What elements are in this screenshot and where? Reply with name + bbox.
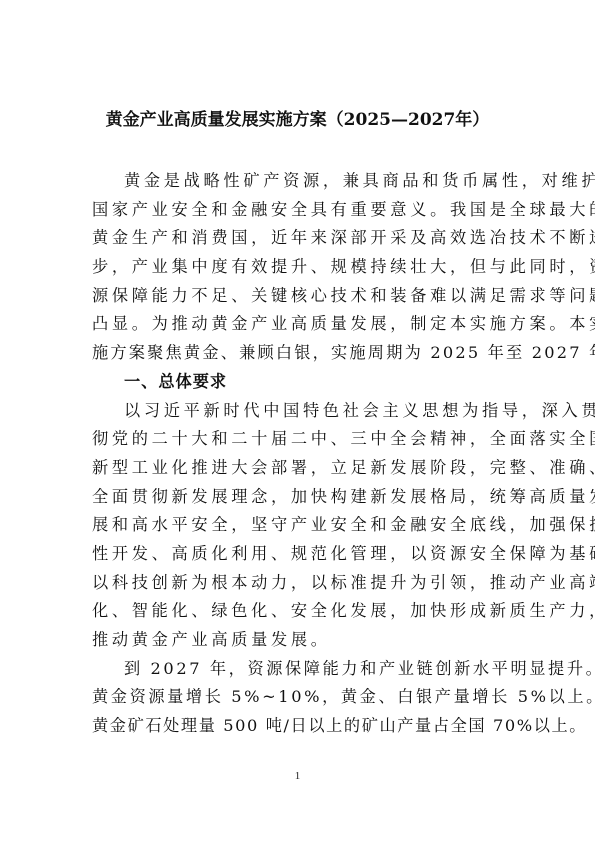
text-line: 源保障能力不足、关键核心技术和装备难以满足需求等问题 <box>92 282 504 311</box>
text-line: 到 2027 年，资源保障能力和产业链创新水平明显提升。 <box>92 655 504 684</box>
page-number: 1 <box>0 770 595 782</box>
text-line: 彻党的二十大和二十届二中、三中全会精神，全面落实全国 <box>92 425 504 454</box>
text-line: 展和高水平安全，坚守产业安全和金融安全底线，加强保护 <box>92 511 504 540</box>
paragraph-intro: 黄金是战略性矿产资源，兼具商品和货币属性，对维护 国家产业安全和金融安全具有重要… <box>92 167 504 368</box>
text-line: 以习近平新时代中国特色社会主义思想为指导，深入贯 <box>92 397 504 426</box>
text-line: 以科技创新为根本动力，以标准提升为引领，推动产业高端 <box>92 569 504 598</box>
text-line: 凸显。为推动黄金产业高质量发展，制定本实施方案。本实 <box>92 310 504 339</box>
text-line: 施方案聚焦黄金、兼顾白银，实施周期为 2025 年至 2027 年。 <box>92 339 504 368</box>
text-line: 化、智能化、绿色化、安全化发展，加快形成新质生产力， <box>92 597 504 626</box>
text-line: 黄金生产和消费国，近年来深部开采及高效选冶技术不断进 <box>92 224 504 253</box>
document-body: 黄金是战略性矿产资源，兼具商品和货币属性，对维护 国家产业安全和金融安全具有重要… <box>92 167 504 741</box>
text-line: 全面贯彻新发展理念，加快构建新发展格局，统筹高质量发 <box>92 483 504 512</box>
text-line: 黄金是战略性矿产资源，兼具商品和货币属性，对维护 <box>92 167 504 196</box>
text-line: 推动黄金产业高质量发展。 <box>92 626 504 655</box>
text-line: 国家产业安全和金融安全具有重要意义。我国是全球最大的 <box>92 196 504 225</box>
text-line: 黄金资源量增长 5%~10%，黄金、白银产量增长 5%以上。 <box>92 683 504 712</box>
section-heading: 一、总体要求 <box>92 368 504 397</box>
document-page: 黄金产业高质量发展实施方案（2025—2027年） 黄金是战略性矿产资源，兼具商… <box>0 0 595 841</box>
text-line: 性开发、高质化利用、规范化管理，以资源安全保障为基础， <box>92 540 504 569</box>
section-heading-text: 一、总体要求 <box>92 368 504 397</box>
paragraph-goals-2027: 到 2027 年，资源保障能力和产业链创新水平明显提升。 黄金资源量增长 5%~… <box>92 655 504 741</box>
paragraph-guiding-thought: 以习近平新时代中国特色社会主义思想为指导，深入贯 彻党的二十大和二十届二中、三中… <box>92 397 504 655</box>
document-title: 黄金产业高质量发展实施方案（2025—2027年） <box>0 105 595 130</box>
text-line: 新型工业化推进大会部署，立足新发展阶段，完整、准确、 <box>92 454 504 483</box>
text-line: 步，产业集中度有效提升、规模持续壮大，但与此同时，资 <box>92 253 504 282</box>
text-line: 黄金矿石处理量 500 吨/日以上的矿山产量占全国 70%以上。 <box>92 712 504 741</box>
